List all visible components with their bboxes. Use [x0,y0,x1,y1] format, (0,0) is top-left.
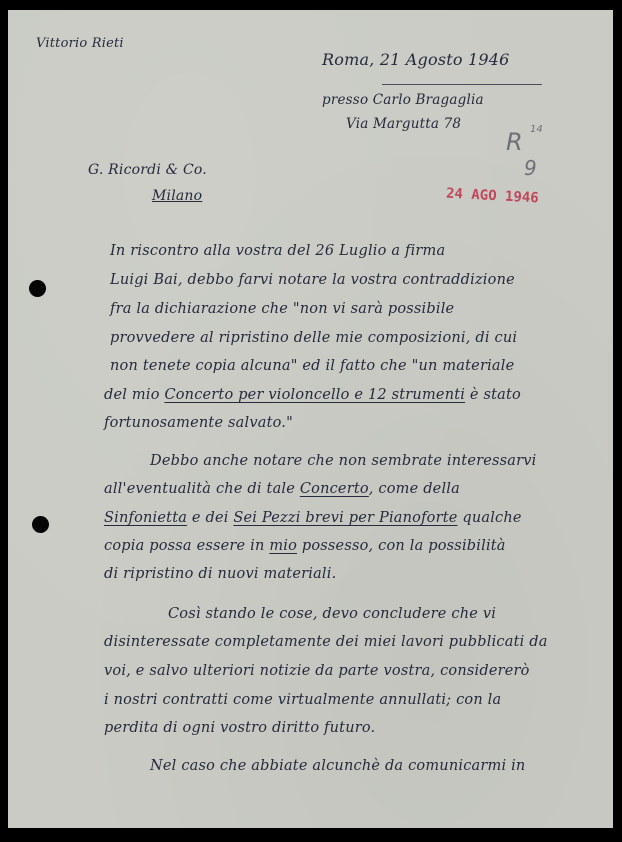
letter-line: Così stando le cose, devo concludere che… [168,606,496,622]
pencil-annotation-number: 14 [530,124,543,135]
letter-line: fra la dichiarazione che "non vi sarà po… [110,301,454,317]
pencil-annotation-letter: R [506,128,523,156]
text-segment: non tenete copia alcuna" ed il fatto che… [110,358,514,374]
text-segment: perdita di ogni vostro diritto futuro. [104,720,375,736]
text-segment: all'eventualità che di tale [104,481,300,497]
text-segment: i nostri contratti come virtualmente ann… [104,692,501,708]
letter-page: Vittorio Rieti Roma, 21 Agosto 1946 pres… [8,10,613,828]
letter-line: fortunosamente salvato." [104,415,293,431]
pencil-annotation-sub: 9 [524,156,537,180]
underlined-title: Concerto per violoncello e 12 strumenti [164,387,465,403]
letter-line: In riscontro alla vostra del 26 Luglio a… [110,243,445,259]
sender-name: Vittorio Rieti [36,36,124,51]
underlined-title: Sei Pezzi brevi per Pianoforte [233,510,457,526]
punch-hole-bottom [32,516,49,533]
text-segment: fra la dichiarazione che "non vi sarà po… [110,301,454,317]
text-segment: In riscontro alla vostra del 26 Luglio a… [110,243,445,259]
received-date-stamp: 24 AGO 1946 [446,186,539,207]
letter-line: Nel caso che abbiate alcunchè da comunic… [150,758,525,774]
sender-address-line-2: Via Margutta 78 [346,116,461,132]
letter-line: del mio Concerto per violoncello e 12 st… [104,387,521,403]
letter-line: copia possa essere in mio possesso, con … [104,538,506,554]
underlined-title: Sinfonietta [104,510,187,526]
letter-line: provvedere al ripristino delle mie compo… [110,330,517,346]
letter-line: disinteressate completamente dei miei la… [104,634,548,650]
scan-frame: Vittorio Rieti Roma, 21 Agosto 1946 pres… [0,0,622,842]
text-segment: di ripristino di nuovi materiali. [104,566,336,582]
text-segment: provvedere al ripristino delle mie compo… [110,330,517,346]
letter-line: Sinfonietta e dei Sei Pezzi brevi per Pi… [104,510,522,526]
text-segment: qualche [458,510,522,526]
underlined-title: Concerto [300,481,369,497]
text-segment: Così stando le cose, devo concludere che… [168,606,496,622]
text-segment: fortunosamente salvato." [104,415,293,431]
recipient-name: G. Ricordi & Co. [88,162,207,178]
text-segment: , come della [369,481,460,497]
text-segment: Debbo anche notare che non sembrate inte… [150,453,537,469]
text-segment: copia possa essere in [104,538,269,554]
text-segment: voi, e salvo ulteriori notizie da parte … [104,663,530,679]
place-date: Roma, 21 Agosto 1946 [322,50,510,69]
text-segment: Luigi Bai, debbo farvi notare la vostra … [110,272,515,288]
text-segment: possesso, con la possibilità [297,538,506,554]
underlined-title: mio [269,538,297,554]
letter-line: all'eventualità che di tale Concerto, co… [104,481,460,497]
letter-line: i nostri contratti come virtualmente ann… [104,692,501,708]
letter-line: di ripristino di nuovi materiali. [104,566,336,582]
text-segment: è stato [465,387,521,403]
text-segment: del mio [104,387,164,403]
letter-line: Luigi Bai, debbo farvi notare la vostra … [110,272,515,288]
letter-line: non tenete copia alcuna" ed il fatto che… [110,358,514,374]
date-underline [382,84,542,85]
letter-line: Debbo anche notare che non sembrate inte… [150,453,537,469]
letter-line: voi, e salvo ulteriori notizie da parte … [104,663,530,679]
letter-line: perdita di ogni vostro diritto futuro. [104,720,375,736]
punch-hole-top [29,280,46,297]
text-segment: Nel caso che abbiate alcunchè da comunic… [150,758,525,774]
sender-address-line-1: presso Carlo Bragaglia [322,92,484,108]
recipient-city: Milano [152,188,202,204]
text-segment: e dei [187,510,233,526]
text-segment: disinteressate completamente dei miei la… [104,634,548,650]
